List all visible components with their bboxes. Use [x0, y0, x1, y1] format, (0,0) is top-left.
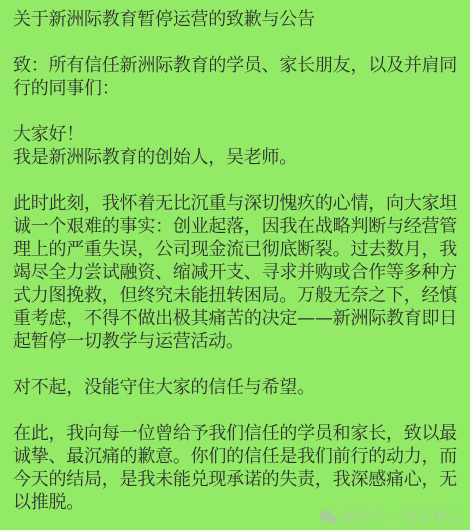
apology-paragraph: 在此，我向每一位曾给予我们信任的学员和家长，致以最诚挚、最沉痛的歉意。你们的信任…: [13, 422, 457, 514]
announcement-document: 关于新洲际教育暂停运营的致歉与公告 致：所有信任新洲际教育的学员、家长朋友，以及…: [0, 0, 470, 530]
greeting-paragraph: 大家好！ 我是新洲际教育的创始人，吴老师。: [13, 123, 457, 169]
salutation-paragraph: 致：所有信任新洲际教育的学员、家长朋友，以及并肩同行的同事们：: [13, 54, 457, 100]
announcement-title: 关于新洲际教育暂停运营的致歉与公告: [13, 8, 457, 31]
situation-paragraph: 此时此刻，我怀着无比沉重与深切愧疚的心情，向大家坦诚一个艰难的事实：创业起落，因…: [13, 192, 457, 353]
self-introduction-line: 我是新洲际教育的创始人，吴老师。: [13, 146, 457, 169]
greeting-line: 大家好！: [13, 123, 457, 146]
sorry-paragraph: 对不起，没能守住大家的信任与希望。: [13, 376, 457, 399]
